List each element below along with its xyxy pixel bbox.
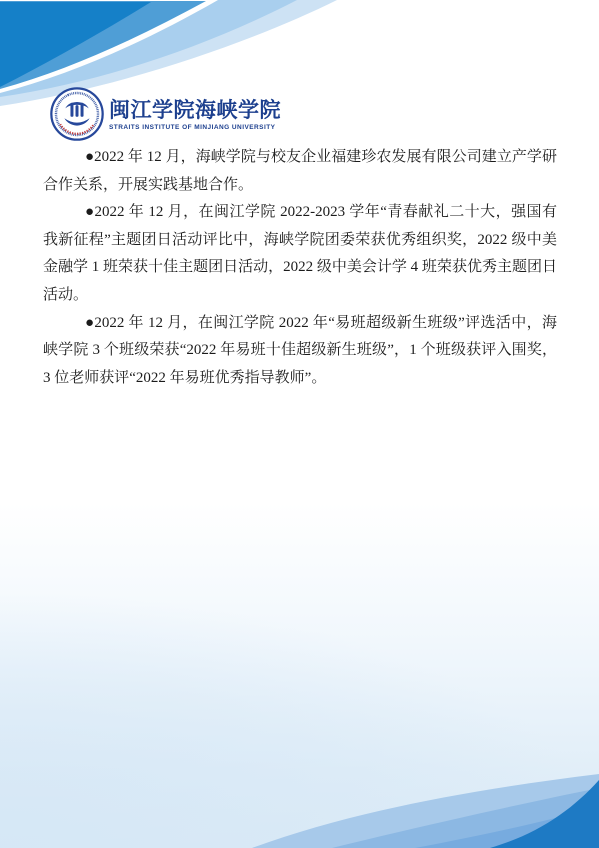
university-seal-icon [49,86,105,142]
bottom-corner-dark [490,780,599,848]
news-paragraph-3: ●2022 年 12 月，在闽江学院 2022 年“易班超级新生班级”评选活中，… [43,310,557,393]
university-name-english: STRAITS INSTITUTE OF MINJIANG UNIVERSITY [109,124,281,131]
news-paragraph-2: ●2022 年 12 月，在闽江学院 2022-2023 学年“青春献礼二十大，… [43,199,557,309]
bottom-page-wash [0,503,599,848]
news-paragraph-1: ●2022 年 12 月，海峡学院与校友企业福建珍农发展有限公司建立产学研合作关… [43,144,557,199]
bottom-band-medium [332,788,599,848]
swoosh-light-inner [0,0,297,97]
bottom-band-deep [415,806,599,848]
bottom-band-light [252,774,599,848]
swoosh-medium-blue [0,1,206,89]
document-body: ●2022 年 12 月，海峡学院与校友企业福建珍农发展有限公司建立产学研合作关… [43,144,557,392]
header-brand: 闽江学院海峡学院 STRAITS INSTITUTE OF MINJIANG U… [49,86,281,142]
brand-text-block: 闽江学院海峡学院 STRAITS INSTITUTE OF MINJIANG U… [109,98,281,131]
document-page: 闽江学院海峡学院 STRAITS INSTITUTE OF MINJIANG U… [0,0,599,848]
swoosh-dark-blue [0,2,151,87]
swoosh-white-gap [0,0,218,93]
university-name-chinese: 闽江学院海峡学院 [109,98,281,122]
bottom-swoosh-decoration [0,726,599,848]
